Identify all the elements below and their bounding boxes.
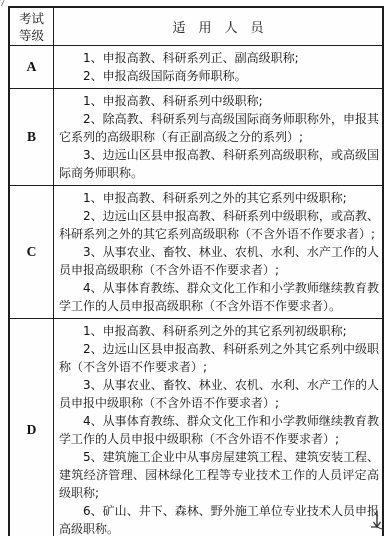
table-row: D 1、申报高教、科研系列之外的其它系列初级职称;2、边远山区县申报高教、科研系… xyxy=(9,319,383,536)
personnel-item: 5、建筑施工企业中从事房屋建筑工程、建筑安装工程、建筑经济管理、园林绿化工程等专… xyxy=(59,448,379,502)
header-exam-level-line2: 等级 xyxy=(10,27,53,44)
personnel-item: 4、从事体育教练、群众文化工作和小学教师继续教育教学工作的人员申报中级职称（不含… xyxy=(59,412,379,448)
header-exam-level-line1: 考试 xyxy=(10,10,53,27)
level-cell: B xyxy=(9,89,54,186)
page-corner-fragment: 7 xyxy=(0,0,5,9)
personnel-item: 2、申报高级国际商务师职称。 xyxy=(59,67,379,85)
level-cell: C xyxy=(9,186,54,319)
personnel-item: 6、矿山、井下、森林、野外施工单位专业技术人员申报高级职称。 xyxy=(59,502,379,536)
personnel-item: 3、从事农业、畜牧、林业、农机、水利、水产工作的人员申报中级职称（不含外语不作要… xyxy=(59,376,379,412)
exam-level-table: 考试 等级 适 用 人 员 A 1、申报高教、科研系列正、副高级职称;2、申报高… xyxy=(8,6,384,536)
personnel-item: 3、边远山区县申报高教、科研系列高级职称，或高级国际商务师职称。 xyxy=(59,146,379,182)
personnel-item: 1、申报高教、科研系列之外的其它系列中级职称; xyxy=(59,189,379,207)
level-cell: A xyxy=(9,46,54,89)
content-cell: 1、申报高教、科研系列之外的其它系列中级职称;2、边远山区县申报高教、科研系列中… xyxy=(54,186,384,319)
personnel-item: 4、从事体育教练、群众文化工作和小学教师继续教育教学工作的人员申报高级职称（不含… xyxy=(59,279,379,315)
personnel-item: 2、除高教、科研系列与高级国际商务师职称外，申报其它系列的高级职称（有正副高级之… xyxy=(59,110,379,146)
personnel-item: 1、申报高教、科研系列之外的其它系列初级职称; xyxy=(59,322,379,340)
table-row: A 1、申报高教、科研系列正、副高级职称;2、申报高级国际商务师职称。 xyxy=(9,46,383,89)
content-cell: 1、申报高教、科研系列之外的其它系列初级职称;2、边远山区县申报高教、科研系列之… xyxy=(54,319,384,536)
personnel-item: 1、申报高教、科研系列正、副高级职称; xyxy=(59,49,379,67)
personnel-item: 3、从事农业、畜牧、林业、农机、水利、水产工作的人员申报高级职称（不含外语不作要… xyxy=(59,243,379,279)
personnel-item: 1、申报高教、科研系列中级职称; xyxy=(59,92,379,110)
header-exam-level: 考试 等级 xyxy=(9,7,54,46)
content-cell: 1、申报高教、科研系列中级职称;2、除高教、科研系列与高级国际商务师职称外，申报… xyxy=(54,89,384,186)
personnel-item: 2、边远山区县申报高教、科研系列中级职称，或高教、科研系列之外的其它系列高级职称… xyxy=(59,207,379,243)
personnel-item: 2、边远山区县申报高教、科研系列之外其它系列中级职称（不含外语不作要求者）; xyxy=(59,340,379,376)
header-applicable-personnel: 适 用 人 员 xyxy=(54,7,384,46)
level-cell: D xyxy=(9,319,54,536)
paragraph-return-mark-icon xyxy=(369,510,385,536)
table-row: B 1、申报高教、科研系列中级职称;2、除高教、科研系列与高级国际商务师职称外，… xyxy=(9,89,383,186)
table-row: C 1、申报高教、科研系列之外的其它系列中级职称;2、边远山区县申报高教、科研系… xyxy=(9,186,383,319)
table-header-row: 考试 等级 适 用 人 员 xyxy=(9,7,383,46)
content-cell: 1、申报高教、科研系列正、副高级职称;2、申报高级国际商务师职称。 xyxy=(54,46,384,89)
